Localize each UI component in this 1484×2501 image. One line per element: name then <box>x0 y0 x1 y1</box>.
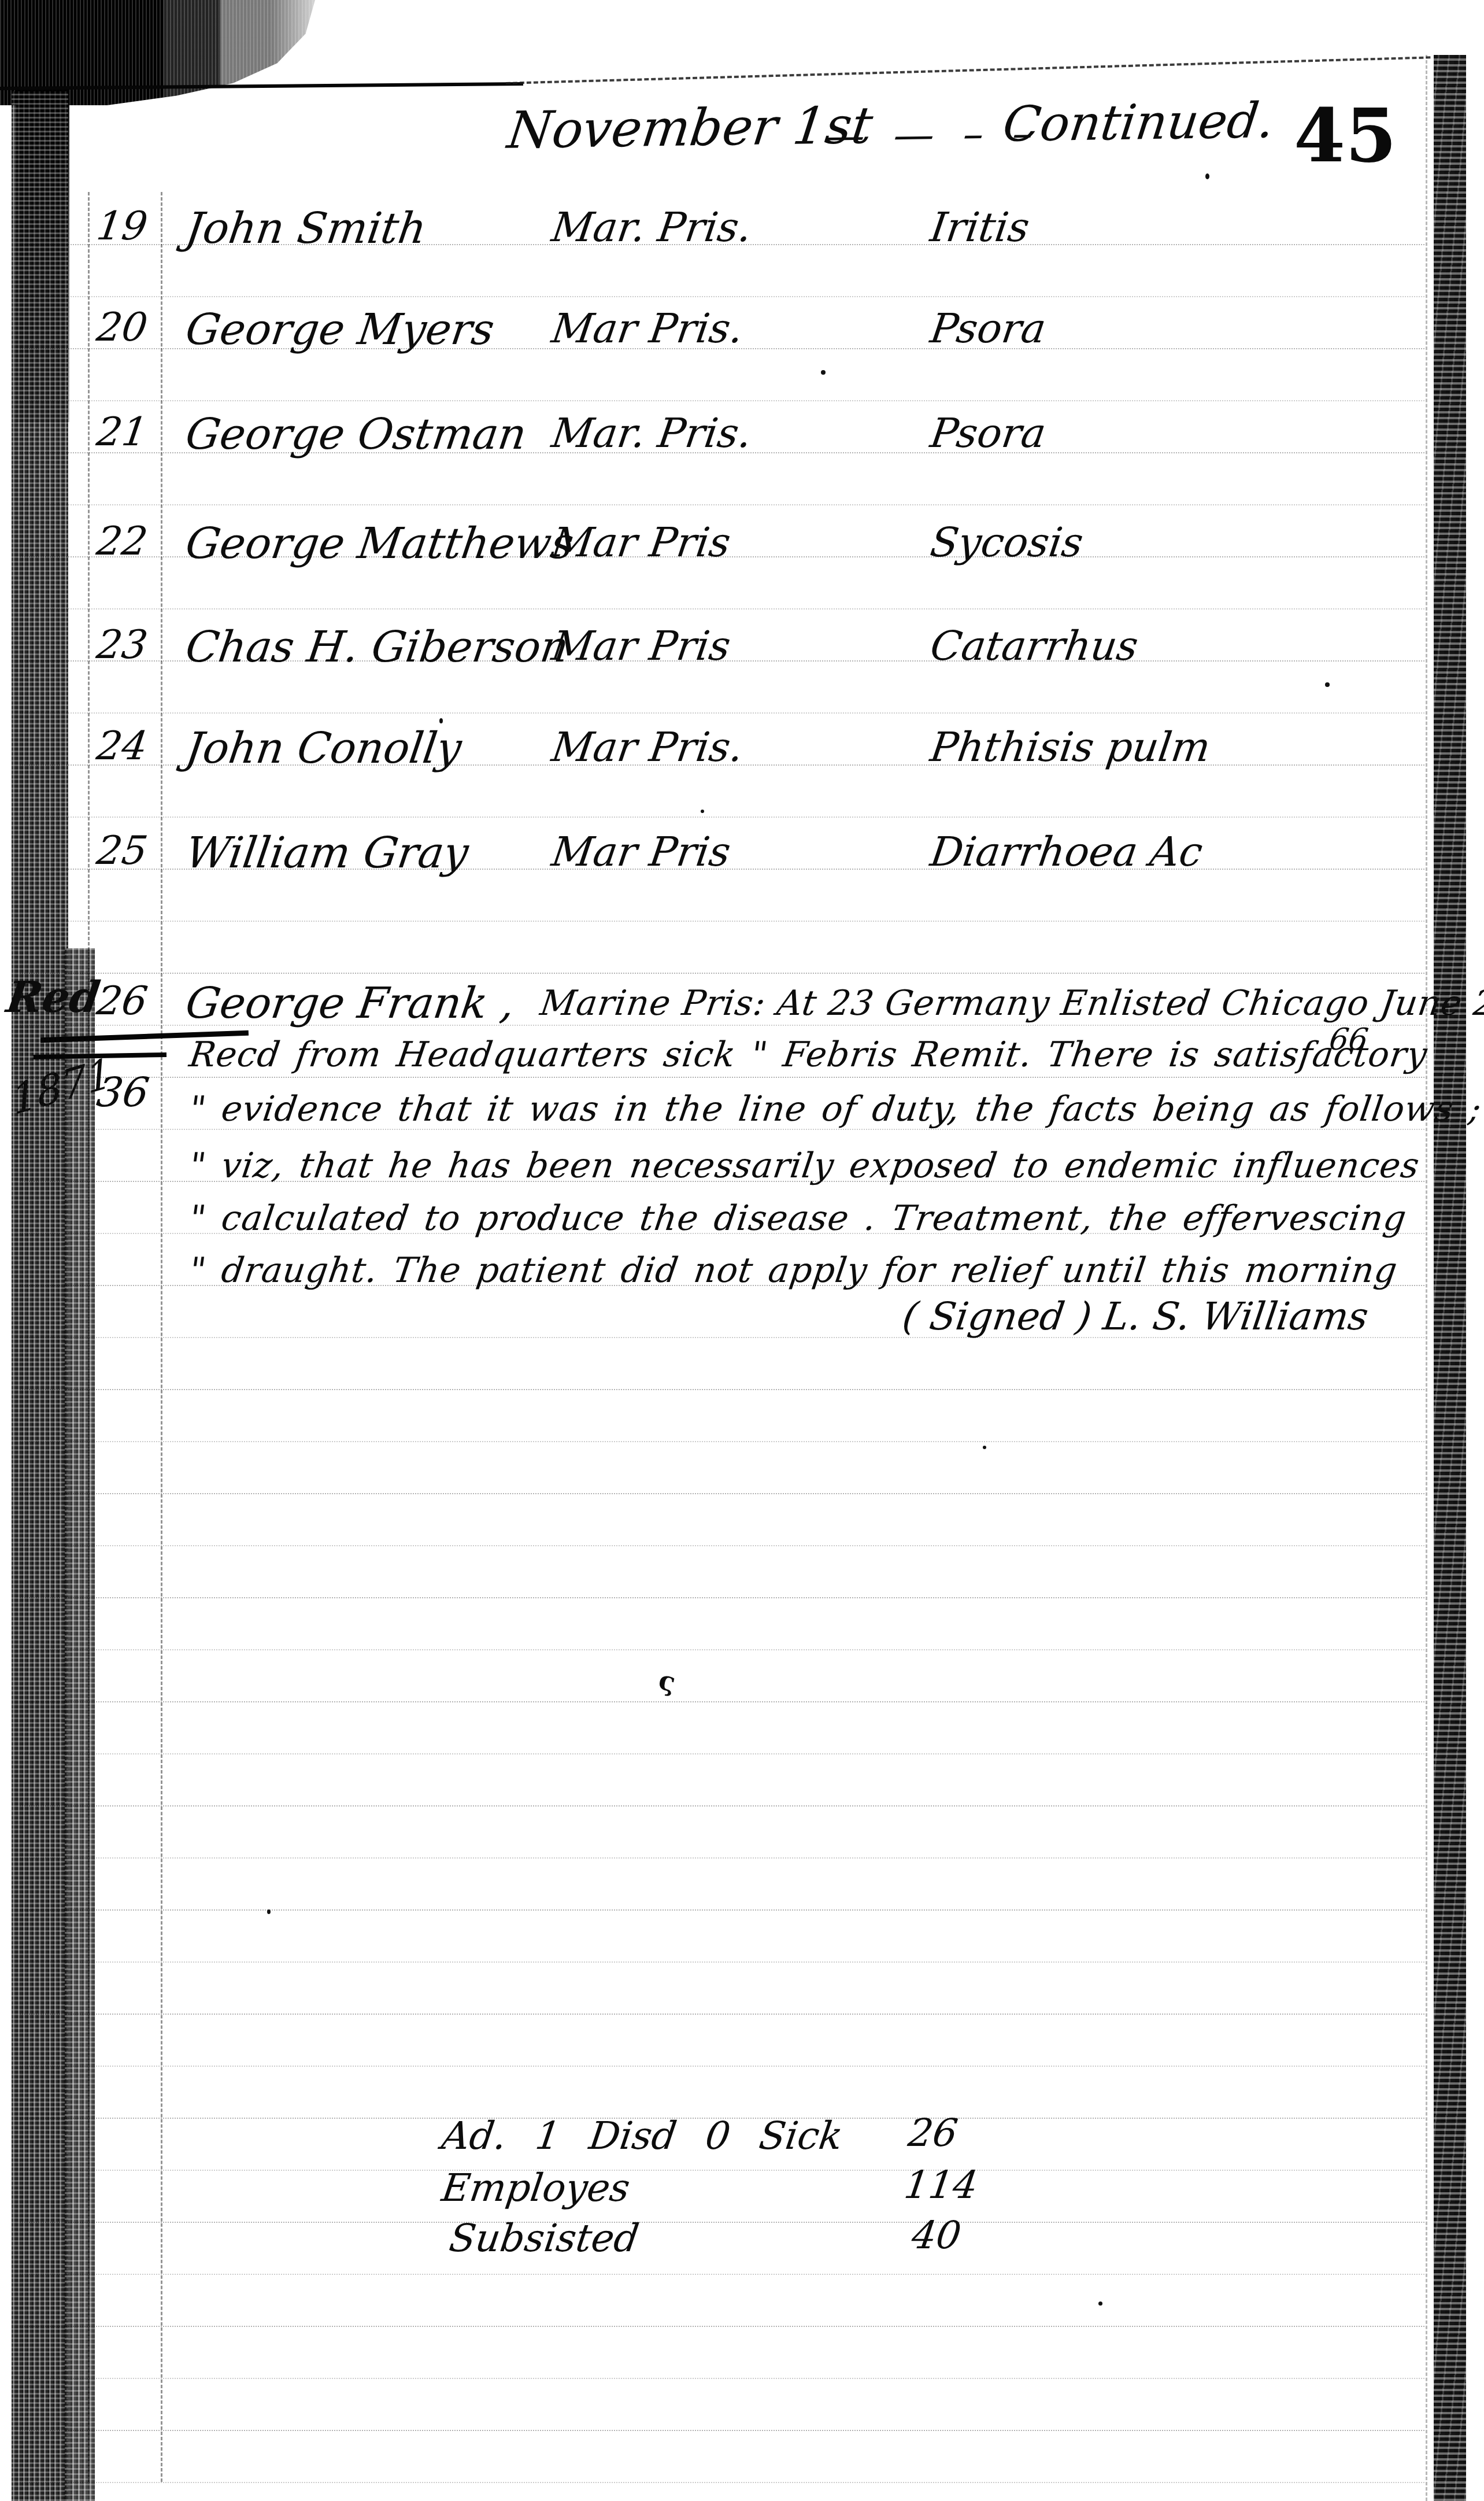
patient-status: Mar Pris. <box>549 723 746 771</box>
entry-number: 26 <box>94 978 150 1024</box>
note-line: Recd from Headquarters sick " Febris Rem… <box>187 1035 1430 1075</box>
patient-status: Mar Pris. <box>549 305 746 352</box>
diagnosis: Diarrhoea Ac <box>927 828 1205 875</box>
rule-line <box>20 2066 1424 2067</box>
header-continued: Continued. <box>1000 92 1277 153</box>
rule-line <box>20 1857 1424 1859</box>
diagnosis: Psora <box>927 409 1049 457</box>
ink-speck <box>701 810 704 813</box>
diagnosis: Psora <box>927 305 1049 352</box>
patient-status: Mar. Pris. <box>549 204 754 251</box>
rule-line <box>20 1701 1424 1702</box>
rule-line <box>20 400 1424 401</box>
summary-subsisted-count: 40 <box>909 2213 964 2258</box>
summary-subsisted-label: Subsisted <box>447 2216 642 2260</box>
ink-squiggle: ς <box>656 1664 679 1698</box>
rule-line <box>20 1077 1424 1078</box>
patient-name: John Smith <box>183 204 430 253</box>
diagnosis: Iritis <box>927 204 1032 251</box>
ink-speck <box>1325 682 1330 687</box>
ink-speck <box>1205 173 1209 179</box>
rule-line <box>20 1805 1424 1807</box>
patient-name: George Ostman <box>183 409 530 459</box>
patient-name: Chas H. Giberson <box>183 622 572 672</box>
rule-line <box>20 1909 1424 1911</box>
table-row: 19 John Smith Mar. Pris. Iritis <box>0 204 1484 273</box>
entry-number: 20 <box>94 305 150 350</box>
rule-line <box>20 1389 1424 1390</box>
diagnosis: Sycosis <box>927 519 1086 566</box>
note-line: " calculated to produce the disease . Tr… <box>187 1198 1409 1239</box>
rule-line <box>20 504 1424 505</box>
entry-number: 25 <box>94 828 150 874</box>
table-row: 21 George Ostman Mar. Pris. Psora <box>0 409 1484 479</box>
rule-line <box>20 973 1424 974</box>
rule-line <box>20 296 1424 297</box>
entry-number: 36 <box>94 1069 152 1116</box>
rule-line <box>20 1961 1424 1963</box>
diagnosis: Phthisis pulm <box>927 723 1213 771</box>
page-header: November 1st — — – – Continued. <box>0 87 1484 108</box>
scanned-register-page: November 1st — — – – Continued. 45 19 Jo… <box>0 0 1484 2501</box>
rule-line <box>20 2378 1424 2379</box>
rule-line <box>20 2430 1424 2431</box>
patient-name: George Myers <box>183 305 497 354</box>
rule-line <box>20 1753 1424 1754</box>
rule-line <box>20 608 1424 609</box>
top-border-dashed-line <box>506 56 1430 84</box>
summary-employes-label: Employes <box>439 2166 633 2210</box>
patient-name: George Frank , <box>183 978 518 1028</box>
summary-sick-count: 26 <box>906 2111 961 2155</box>
entry-number: 23 <box>94 622 150 668</box>
rule-line <box>20 2014 1424 2015</box>
patient-status: Mar. Pris. <box>549 409 754 457</box>
rule-line <box>20 1545 1424 1546</box>
rule-line <box>20 817 1424 818</box>
patient-name: John Conolly <box>183 723 465 773</box>
rule-line <box>20 1649 1424 1650</box>
patient-status: Mar Pris <box>549 519 734 566</box>
table-row: 24 John Conolly Mar Pris. Phthisis pulm <box>0 723 1484 793</box>
ink-speck <box>983 1446 986 1449</box>
note-line: " viz, that he has been necessarily expo… <box>187 1146 1422 1186</box>
rule-line <box>20 1493 1424 1494</box>
ink-speck <box>439 718 443 723</box>
summary-admitted-discharged-sick-label: Ad. 1 Disd 0 Sick <box>439 2114 846 2158</box>
patient-name: George Matthews <box>183 519 577 568</box>
ink-speck <box>1098 2301 1102 2306</box>
table-row: 20 George Myers Mar Pris. Psora <box>0 305 1484 374</box>
table-row: 25 William Gray Mar Pris Diarrhoea Ac <box>0 828 1484 897</box>
table-row: 23 Chas H. Giberson Mar Pris Catarrhus <box>0 622 1484 692</box>
note-line: " evidence that it was in the line of du… <box>187 1089 1484 1129</box>
entry-number: 24 <box>94 723 150 769</box>
signature: ( Signed ) L. S. Williams <box>900 1294 1371 1339</box>
patient-status: Mar Pris <box>549 828 734 875</box>
ink-speck <box>821 370 826 375</box>
rule-line <box>20 921 1424 922</box>
diagnosis: Catarrhus <box>927 622 1141 670</box>
rule-line <box>20 712 1424 714</box>
entry-number: 19 <box>94 204 150 249</box>
rule-line <box>20 1597 1424 1598</box>
rule-line <box>20 1441 1424 1442</box>
rule-line <box>20 2326 1424 2327</box>
ink-speck <box>267 1909 271 1914</box>
patient-status: Mar Pris <box>549 622 734 670</box>
page-number: 45 <box>1294 93 1397 179</box>
patient-details: Marine Pris: At 23 Germany Enlisted Chic… <box>538 983 1484 1024</box>
note-line: " draught. The patient did not apply for… <box>187 1250 1400 1291</box>
entry-number: 22 <box>94 519 150 564</box>
patient-name: William Gray <box>183 828 472 878</box>
rule-line <box>20 2274 1424 2275</box>
rule-line <box>20 2222 1424 2223</box>
rule-line <box>20 2170 1424 2171</box>
rule-line <box>20 2482 1424 2483</box>
summary-employes-count: 114 <box>902 2163 981 2207</box>
header-date: November 1st <box>504 95 876 160</box>
table-row: 22 George Matthews Mar Pris Sycosis <box>0 519 1484 588</box>
entry-number: 21 <box>94 409 150 455</box>
